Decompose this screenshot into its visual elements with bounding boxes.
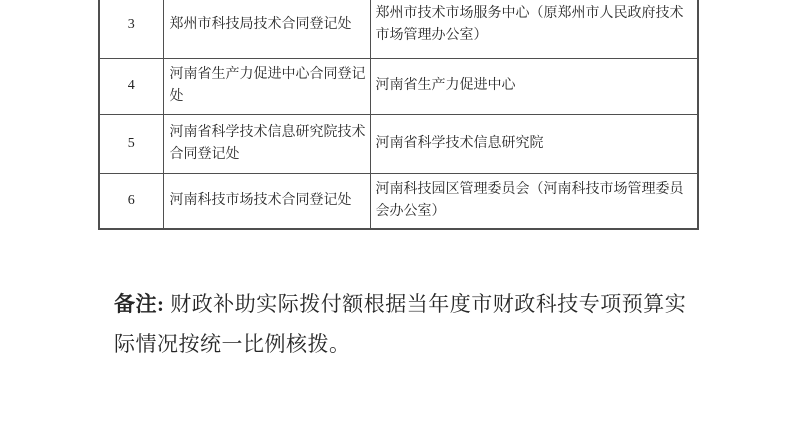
cell-row-number: 5 (99, 114, 163, 173)
remark-text: 财政补助实际拨付额根据当年度市财政科技专项预算实际情况按统一比例核拨。 (114, 292, 686, 356)
cell-registry-office: 河南科技市场技术合同登记处 (163, 173, 370, 229)
table-row: 4 河南省生产力促进中心合同登记处 河南省生产力促进中心 (99, 58, 698, 114)
cell-row-number: 4 (99, 58, 163, 114)
cell-organization: 河南省生产力促进中心 (370, 58, 698, 114)
remark-note: 备注: 财政补助实际拨付额根据当年度市财政科技专项预算实际情况按统一比例核拨。 (114, 284, 706, 364)
table-row: 6 河南科技市场技术合同登记处 河南科技园区管理委员会（河南科技市场管理委员会办… (99, 173, 698, 229)
registry-table-container: 3 郑州市科技局技术合同登记处 郑州市技术市场服务中心（原郑州市人民政府技术市场… (98, 0, 699, 230)
document-page: 3 郑州市科技局技术合同登记处 郑州市技术市场服务中心（原郑州市人民政府技术市场… (0, 0, 793, 437)
cell-row-number: 3 (99, 0, 163, 58)
remark-label: 备注: (114, 292, 165, 316)
cell-organization: 郑州市技术市场服务中心（原郑州市人民政府技术市场管理办公室） (370, 0, 698, 58)
table-row: 5 河南省科学技术信息研究院技术合同登记处 河南省科学技术信息研究院 (99, 114, 698, 173)
table-row: 3 郑州市科技局技术合同登记处 郑州市技术市场服务中心（原郑州市人民政府技术市场… (99, 0, 698, 58)
cell-organization: 河南科技园区管理委员会（河南科技市场管理委员会办公室） (370, 173, 698, 229)
cell-registry-office: 河南省科学技术信息研究院技术合同登记处 (163, 114, 370, 173)
cell-registry-office: 郑州市科技局技术合同登记处 (163, 0, 370, 58)
registry-table: 3 郑州市科技局技术合同登记处 郑州市技术市场服务中心（原郑州市人民政府技术市场… (98, 0, 699, 230)
cell-row-number: 6 (99, 173, 163, 229)
cell-registry-office: 河南省生产力促进中心合同登记处 (163, 58, 370, 114)
cell-organization: 河南省科学技术信息研究院 (370, 114, 698, 173)
